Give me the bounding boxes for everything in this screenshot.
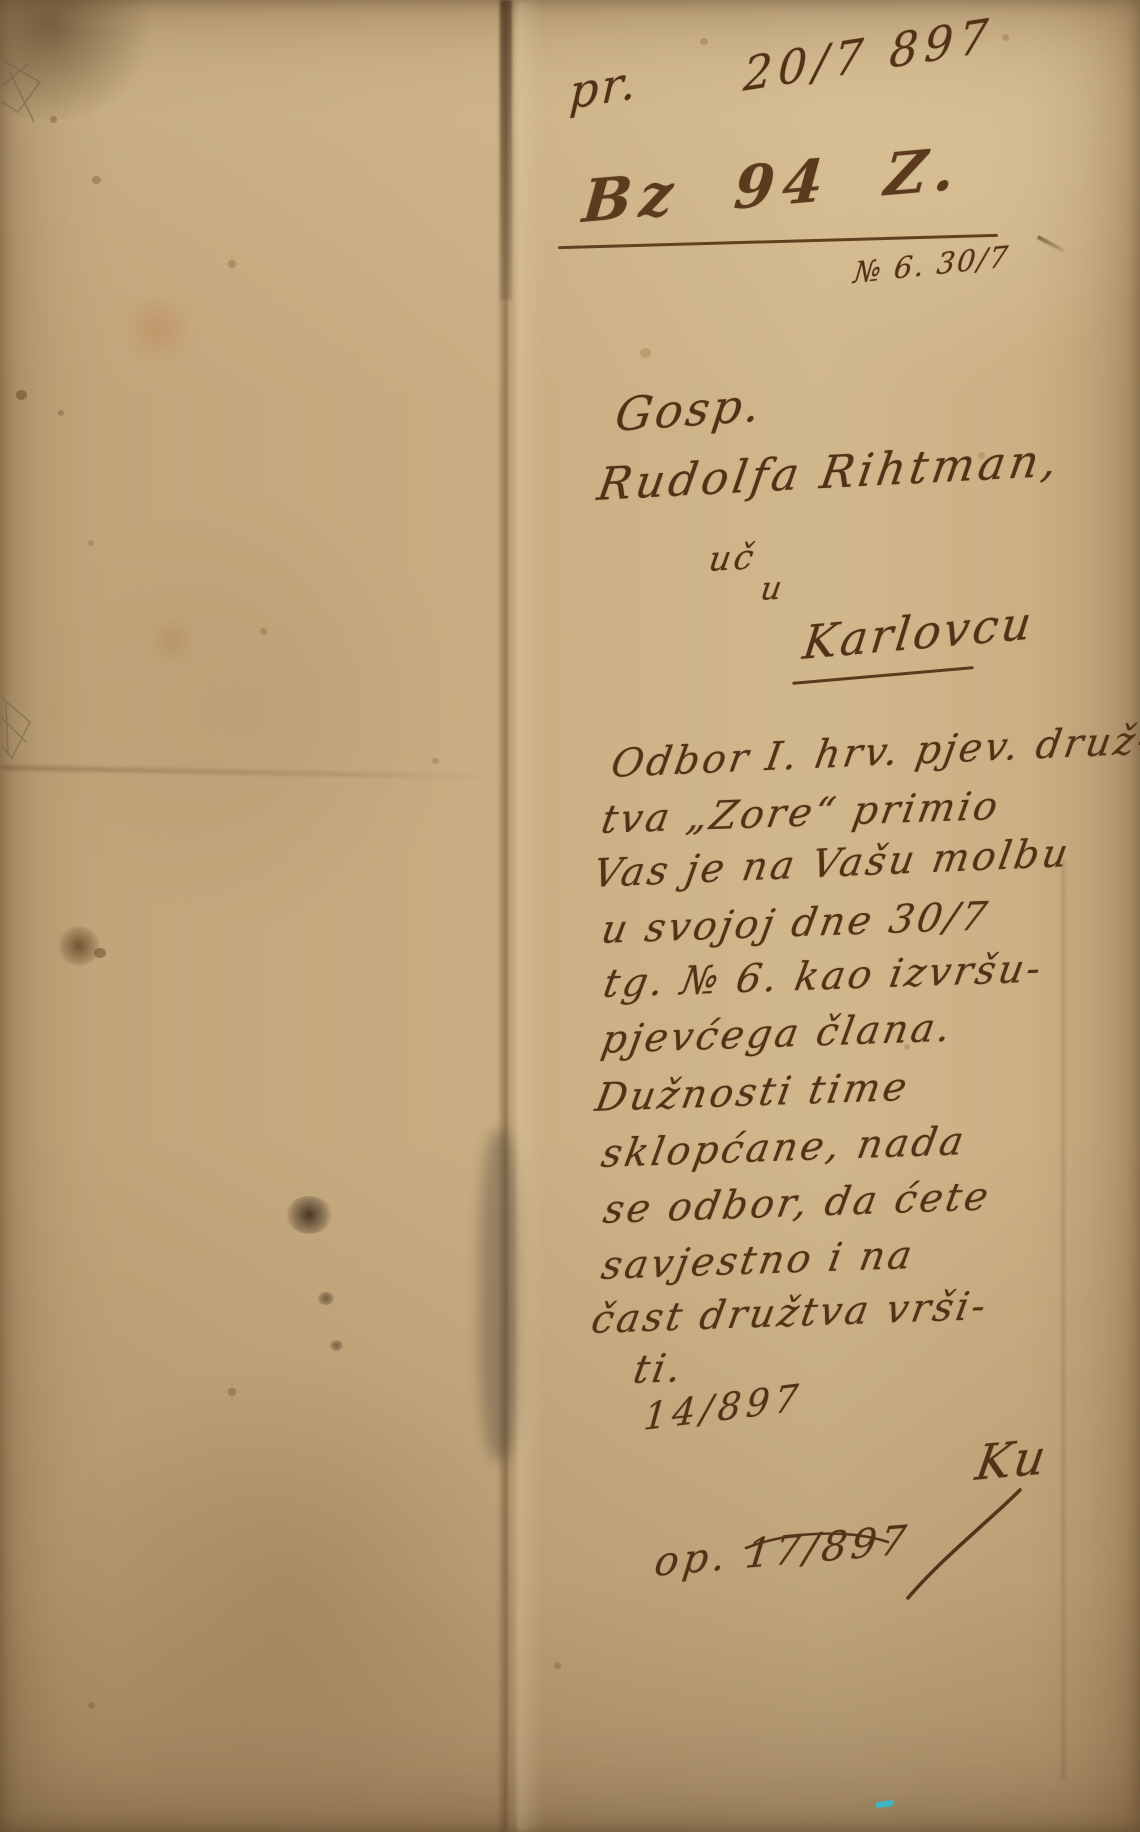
- edge-crease: [1062, 860, 1065, 1780]
- address-recipient-name: Rudolfa Rihtman,: [594, 433, 1065, 511]
- paper-tone-patch: [60, 1350, 520, 1830]
- address-preposition: u: [758, 568, 788, 608]
- ink-blot: [286, 1196, 332, 1234]
- foxing-spot: [88, 540, 94, 546]
- foxing-spot: [640, 348, 651, 358]
- body-line: Dužnosti time: [592, 1065, 913, 1121]
- reference-number: № 6. 30/7: [852, 239, 1011, 290]
- fold-crease-dark-top: [500, 0, 512, 300]
- foxing-spot: [92, 176, 101, 184]
- body-line: Odbor I. hrv. pjev. druž-: [608, 718, 1140, 787]
- foxing-spot: [228, 1388, 236, 1396]
- paper-tear: [1037, 235, 1065, 253]
- body-line: ti.: [630, 1346, 688, 1393]
- address-city: Karlovcu: [800, 595, 1037, 670]
- body-line: pjevćega člana.: [598, 1005, 957, 1063]
- underline-stroke: [792, 666, 974, 685]
- foxing-spot: [432, 758, 439, 764]
- ink-blot: [318, 1292, 334, 1305]
- body-line: se odbor, da ćete: [600, 1174, 995, 1233]
- ink-blot: [58, 926, 100, 966]
- foxing-spot: [260, 628, 267, 635]
- address-salutation: Gosp.: [612, 377, 766, 442]
- body-line: u svojoj dne 30/7: [598, 894, 993, 953]
- body-line: tva „Zore“ primio: [598, 784, 1004, 843]
- pencil-sketch-fragment: [0, 52, 60, 142]
- body-line: tg. № 6. kao izvršu-: [600, 946, 1047, 1007]
- teal-mark: [876, 1800, 895, 1808]
- foxing-spot: [58, 410, 64, 416]
- foxing-spot: [16, 390, 27, 400]
- foxing-spot: [700, 38, 708, 45]
- scanned-letter-page: pr. 20/7 897 Bz 94 Z. № 6. 30/7 Gosp. Ru…: [0, 0, 1140, 1832]
- body-line: savjestno i na: [598, 1233, 918, 1289]
- presented-abbrev: pr.: [568, 54, 640, 120]
- foxing-spot: [1002, 34, 1009, 41]
- ink-blot: [330, 1340, 343, 1351]
- foxing-spot: [554, 1662, 561, 1669]
- ink-blot: [94, 948, 106, 958]
- pen-flourish: [742, 1524, 912, 1564]
- presented-date: 20/7 897: [742, 7, 995, 102]
- address-recipient-title: uč: [706, 537, 759, 580]
- pencil-sketch-fragment: [0, 688, 50, 778]
- horizontal-crease: [0, 765, 505, 780]
- body-line: sklopćane, nada: [598, 1119, 970, 1177]
- fold-smudge: [480, 1130, 520, 1460]
- fold-highlight: [517, 0, 543, 1832]
- registry-number: Bz 94 Z.: [580, 134, 965, 236]
- foxing-spot: [88, 1702, 95, 1709]
- stain: [146, 616, 198, 664]
- fold-crease: [497, 0, 517, 1832]
- body-line: čast družtva vrši-: [588, 1284, 992, 1343]
- foxing-spot: [228, 260, 236, 268]
- paper-tone-patch: [40, 480, 460, 940]
- stain: [118, 296, 198, 362]
